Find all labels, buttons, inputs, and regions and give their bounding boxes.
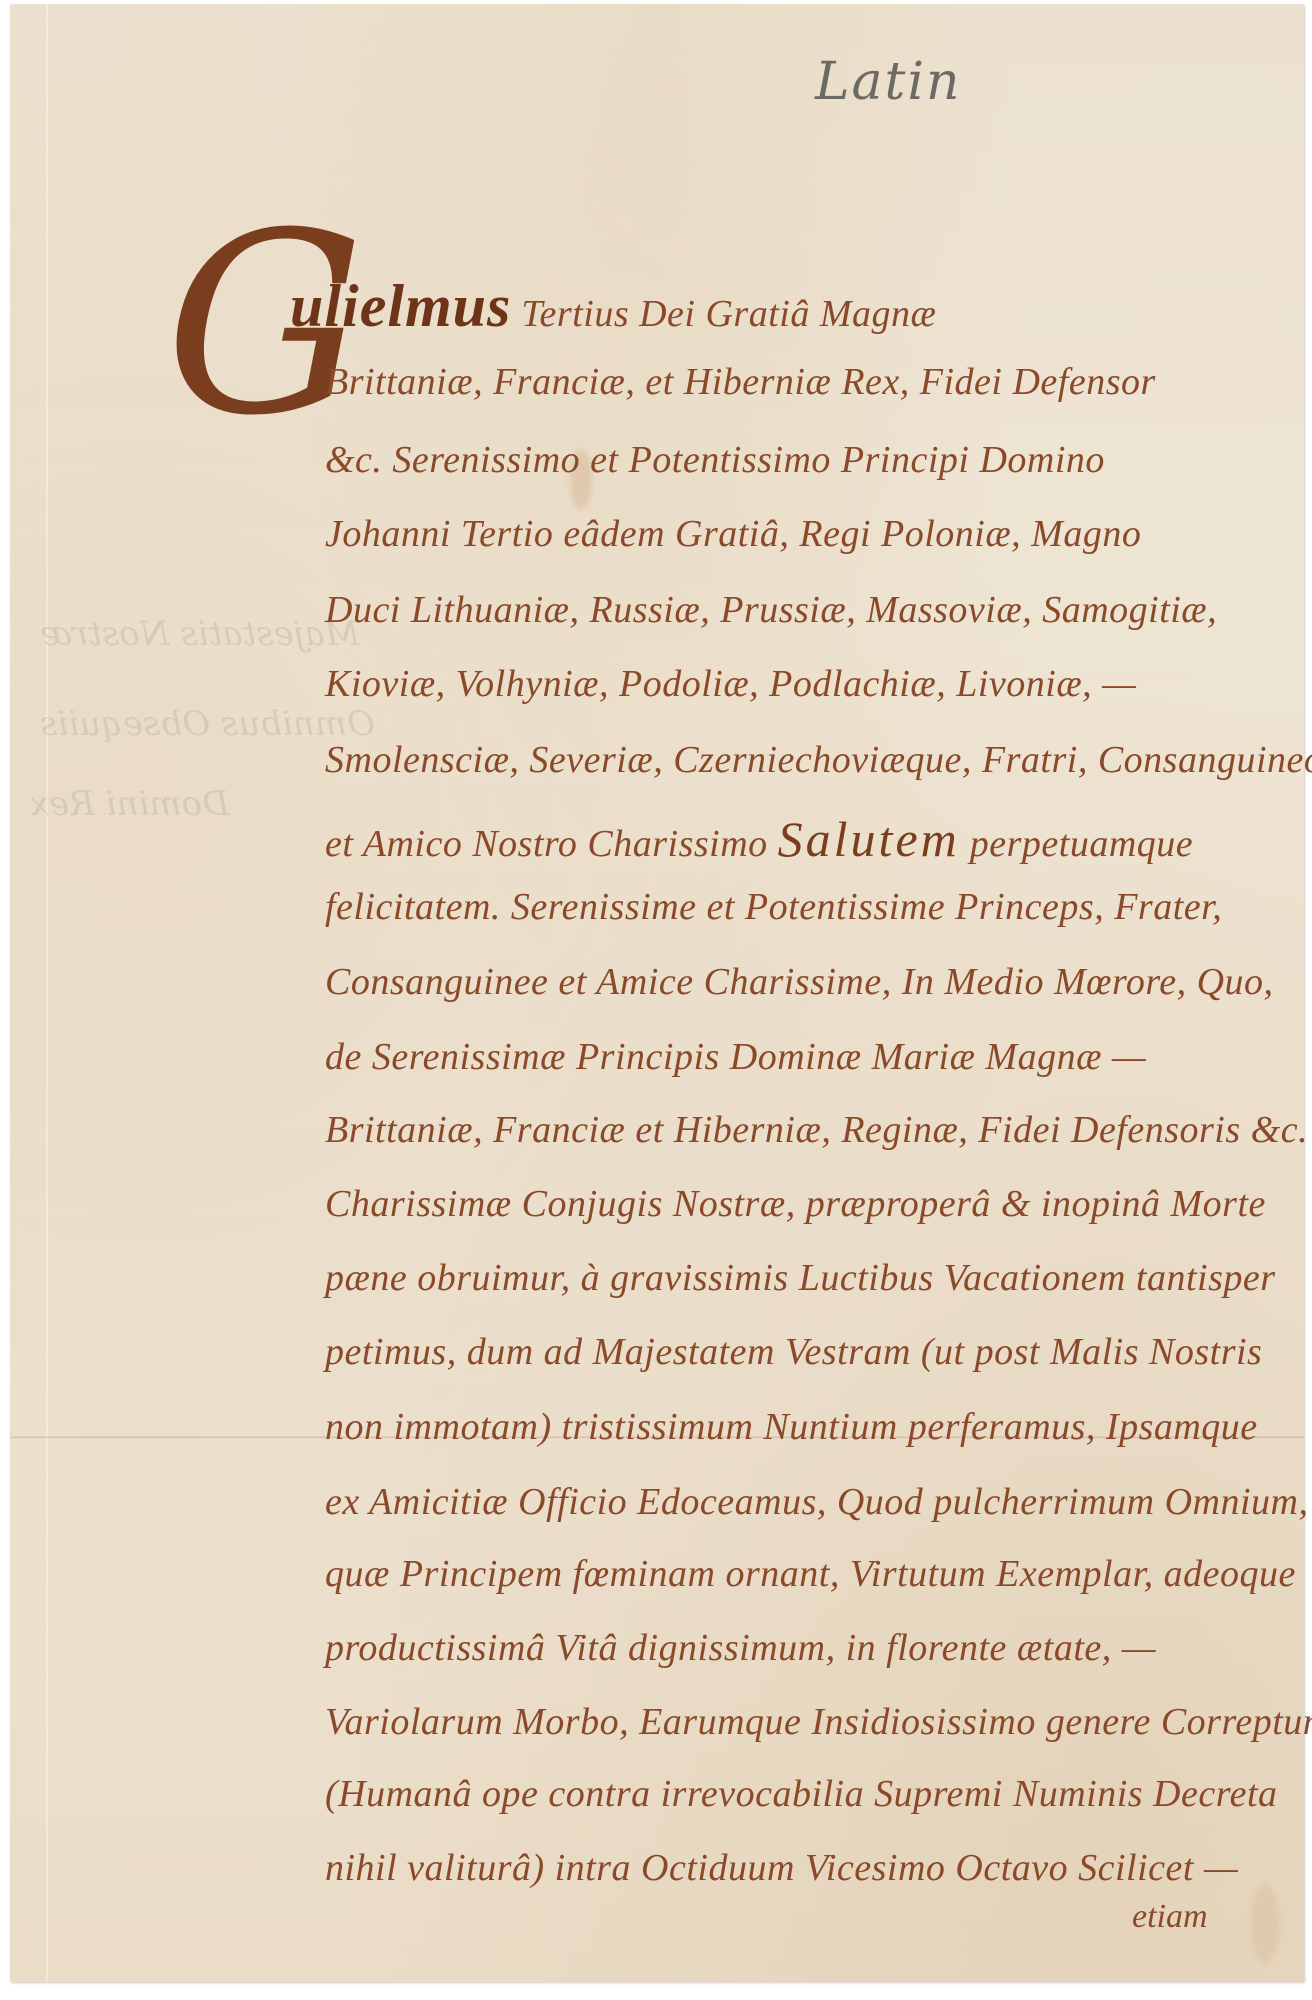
text-line: de Serenissimæ Principis Dominæ Mariæ Ma… [325, 1035, 1146, 1079]
text-line: productissimâ Vitâ dignissimum, in flore… [325, 1626, 1156, 1670]
text-line: non immotam) tristissimum Nuntium perfer… [325, 1405, 1258, 1449]
line-text: pæne obruimur, à gravissimis Luctibus Va… [325, 1257, 1276, 1299]
line-text: productissimâ Vitâ dignissimum, in flore… [325, 1627, 1156, 1669]
line-text: Brittaniæ, Franciæ, et Hiberniæ Rex, Fid… [325, 361, 1156, 403]
line-text: Tertius Dei Gratiâ Magnæ [521, 293, 936, 335]
text-line: et Amico Nostro Charissimo Salutem perpe… [325, 810, 1193, 868]
line-text: Smolensciæ, Severiæ, Czerniechoviæque, F… [325, 739, 1312, 781]
text-line: Johanni Tertio eâdem Gratiâ, Regi Poloni… [325, 512, 1141, 556]
text-line: &c. Serenissimo et Potentissimo Principi… [325, 438, 1105, 482]
vertical-fold-crease [46, 4, 48, 1982]
catchword: etiam [1132, 1898, 1208, 1936]
line-text: petimus, dum ad Majestatem Vestram (ut p… [325, 1331, 1262, 1373]
text-line: petimus, dum ad Majestatem Vestram (ut p… [325, 1330, 1262, 1374]
opening-word: ulielmus [290, 273, 511, 339]
line-text: Duci Lithuaniæ, Russiæ, Prussiæ, Massovi… [325, 589, 1217, 631]
line-text: de Serenissimæ Principis Dominæ Mariæ Ma… [325, 1036, 1146, 1078]
text-line: Duci Lithuaniæ, Russiæ, Prussiæ, Massovi… [325, 588, 1217, 632]
line-text: &c. Serenissimo et Potentissimo Principi… [325, 439, 1105, 481]
line-text: non immotam) tristissimum Nuntium perfer… [325, 1406, 1258, 1448]
text-line: ulielmus Tertius Dei Gratiâ Magnæ [290, 272, 936, 341]
text-line: Smolensciæ, Severiæ, Czerniechoviæque, F… [325, 738, 1312, 782]
line-text: Variolarum Morbo, Earumque Insidiosissim… [325, 1701, 1312, 1743]
text-line: Brittaniæ, Franciæ et Hiberniæ, Reginæ, … [325, 1108, 1308, 1152]
bleed-through-text: Domini Rex [30, 784, 229, 824]
text-line: felicitatem. Serenissime et Potentissime… [325, 885, 1222, 929]
line-text: nihil valiturâ) intra Octiduum Vicesimo … [325, 1847, 1238, 1889]
pencil-annotation: Latin [815, 52, 962, 112]
text-line: ex Amicitiæ Officio Edoceamus, Quod pulc… [325, 1480, 1309, 1524]
text-line: quæ Principem fœminam ornant, Virtutum E… [325, 1552, 1296, 1596]
line-text: Kioviæ, Volhyniæ, Podoliæ, Podlachiæ, Li… [325, 663, 1136, 705]
line-text: Charissimæ Conjugis Nostræ, præproperâ &… [325, 1183, 1266, 1225]
text-line: nihil valiturâ) intra Octiduum Vicesimo … [325, 1846, 1238, 1890]
line-text: Johanni Tertio eâdem Gratiâ, Regi Poloni… [325, 513, 1141, 555]
text-line: (Humanâ ope contra irrevocabilia Supremi… [325, 1772, 1278, 1816]
line-text: (Humanâ ope contra irrevocabilia Supremi… [325, 1773, 1278, 1815]
line-text: ex Amicitiæ Officio Edoceamus, Quod pulc… [325, 1481, 1309, 1523]
salutation-emphasis: Salutem [778, 811, 960, 867]
text-line: Brittaniæ, Franciæ, et Hiberniæ Rex, Fid… [325, 360, 1156, 404]
line-text: quæ Principem fœminam ornant, Virtutum E… [325, 1553, 1296, 1595]
water-stain [1250, 1884, 1280, 1964]
line-text: Brittaniæ, Franciæ et Hiberniæ, Reginæ, … [325, 1109, 1308, 1151]
bleed-through-text: Majestatis Nostræ [40, 614, 359, 654]
line-text: perpetuamque [970, 823, 1193, 865]
text-line: Consanguinee et Amice Charissime, In Med… [325, 960, 1274, 1004]
text-line: Kioviæ, Volhyniæ, Podoliæ, Podlachiæ, Li… [325, 662, 1136, 706]
line-text: Consanguinee et Amice Charissime, In Med… [325, 961, 1274, 1003]
line-text: et Amico Nostro Charissimo [325, 823, 768, 865]
text-line: pæne obruimur, à gravissimis Luctibus Va… [325, 1256, 1276, 1300]
text-line: Charissimæ Conjugis Nostræ, præproperâ &… [325, 1182, 1266, 1226]
line-text: felicitatem. Serenissime et Potentissime… [325, 886, 1222, 928]
text-line: Variolarum Morbo, Earumque Insidiosissim… [325, 1700, 1312, 1744]
